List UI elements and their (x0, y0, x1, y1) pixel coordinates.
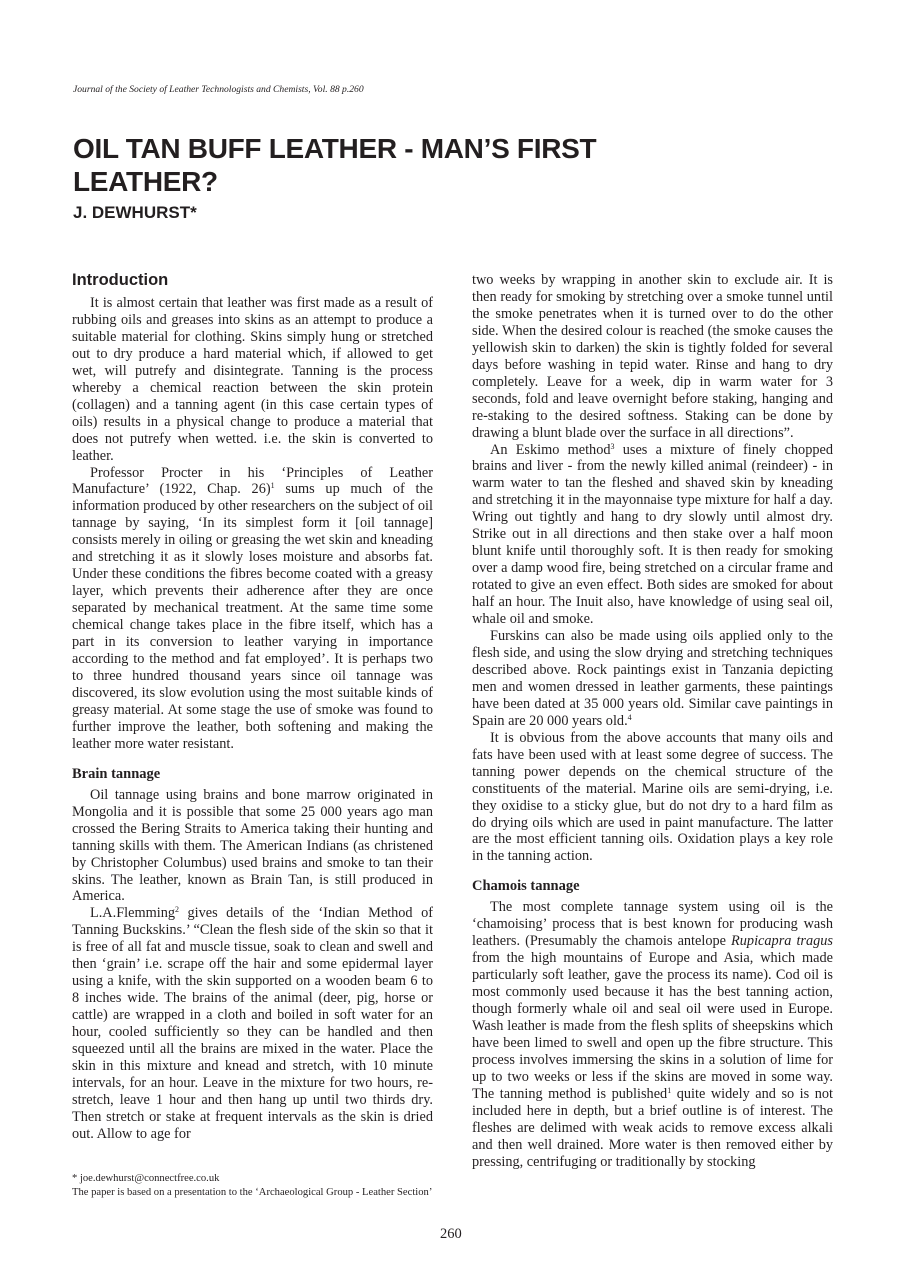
section-heading-brain-tannage: Brain tannage (72, 765, 433, 783)
paragraph-text: An Eskimo method (490, 442, 611, 458)
paragraph: Professor Procter in his ‘Principles of … (72, 465, 433, 753)
right-column: two weeks by wrapping in another skin to… (472, 272, 833, 1171)
paragraph-text: uses a mixture of finely chopped brains … (472, 442, 833, 628)
paragraph: It is obvious from the above accounts th… (472, 730, 833, 866)
article-title: OIL TAN BUFF LEATHER - MAN’S FIRST LEATH… (73, 132, 633, 198)
paragraph-continued: two weeks by wrapping in another skin to… (472, 272, 833, 442)
article-author: J. DEWHURST* (73, 203, 197, 223)
paragraph: It is almost certain that leather was fi… (72, 295, 433, 465)
section-heading-introduction: Introduction (72, 270, 433, 290)
species-name: Rupicapra tragus (731, 933, 833, 949)
page-number: 260 (440, 1226, 462, 1243)
left-column: Introduction It is almost certain that l… (72, 270, 433, 1143)
paragraph-text: sums up much of the information produced… (72, 481, 433, 751)
running-head: Journal of the Society of Leather Techno… (73, 84, 364, 95)
author-email-footnote: * joe.dewhurst@connectfree.co.uk (72, 1172, 442, 1186)
paragraph: The most complete tannage system using o… (472, 899, 833, 1170)
paragraph: An Eskimo method3 uses a mixture of fine… (472, 442, 833, 628)
paragraph-text: Furskins can also be made using oils app… (472, 628, 833, 729)
footnotes: * joe.dewhurst@connectfree.co.uk The pap… (72, 1172, 442, 1199)
section-heading-chamois-tannage: Chamois tannage (472, 877, 833, 895)
reference-marker: 4 (628, 713, 632, 722)
paragraph: Furskins can also be made using oils app… (472, 628, 833, 730)
presentation-footnote: The paper is based on a presentation to … (72, 1186, 442, 1200)
paragraph-text: L.A.Flemming (90, 905, 175, 921)
paragraph: Oil tannage using brains and bone marrow… (72, 787, 433, 906)
paragraph-text: gives details of the ‘Indian Method of T… (72, 905, 433, 1141)
paragraph: L.A.Flemming2 gives details of the ‘Indi… (72, 905, 433, 1142)
paragraph-text: from the high mountains of Europe and As… (472, 950, 833, 1102)
